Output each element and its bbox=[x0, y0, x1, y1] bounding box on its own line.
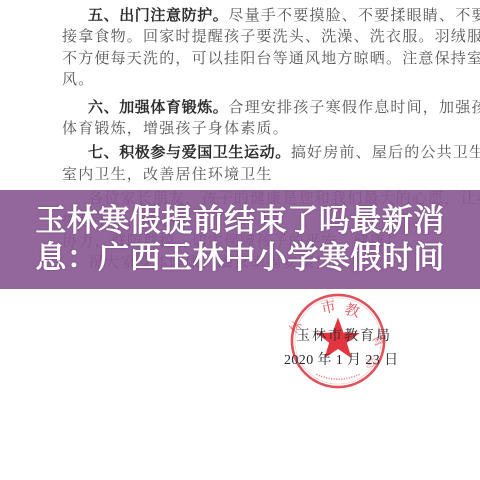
section-6-heading: 六、加强体育锻炼。 bbox=[88, 98, 228, 116]
section-5-line-2: 接拿食物。回家时提醒孩子要洗头、洗澡、洗衣服。羽绒服之类 bbox=[62, 26, 422, 46]
section-7-heading: 七、积极参与爱国卫生运动。 bbox=[88, 143, 291, 161]
section-6-line-1: 六、加强体育锻炼。合理安排孩子寒假作息时间，加强孩子 bbox=[88, 97, 422, 117]
section-5-line-1: 五、出门注意防护。尽量手不要摸脸、不要揉眼睛、不要直 bbox=[88, 5, 422, 25]
section-5-text: 尽量手不要摸脸、不要揉眼睛、不要直 bbox=[228, 6, 480, 24]
signature-date: 2020 年 1 月 23 日 bbox=[284, 349, 399, 369]
section-5-line-4: 风。 bbox=[62, 69, 422, 89]
section-7-line-2: 室内卫生，改善居住环境卫生 bbox=[62, 164, 422, 184]
signature-organization: 玉林市教育局 bbox=[296, 325, 392, 345]
section-5-heading: 五、出门注意防护。 bbox=[88, 6, 228, 24]
section-6-text: 合理安排孩子寒假作息时间，加强孩子 bbox=[228, 98, 480, 116]
section-7-line-1: 七、积极参与爱国卫生运动。搞好房前、屋后的公共卫生和 bbox=[88, 142, 422, 162]
svg-text:市: 市 bbox=[320, 298, 338, 318]
section-6-line-2: 体育锻炼，增强孩子身体素质。 bbox=[62, 118, 422, 138]
headline-banner: 玉林寒假提前结束了吗最新消 息：广西玉林中小学寒假时间 bbox=[0, 190, 480, 289]
headline-title: 玉林寒假提前结束了吗最新消 息：广西玉林中小学寒假时间 bbox=[0, 190, 480, 289]
section-7-text: 搞好房前、屋后的公共卫生和 bbox=[291, 143, 480, 161]
headline-title-line-2: 息：广西玉林中小学寒假时间 bbox=[35, 240, 445, 277]
section-5-line-3: 不方便每天洗的，可以挂阳台等通风地方晾晒。注意保持室内通 bbox=[62, 48, 422, 68]
svg-text:教: 教 bbox=[343, 301, 362, 321]
headline-title-line-1: 玉林寒假提前结束了吗最新消 bbox=[35, 203, 445, 240]
